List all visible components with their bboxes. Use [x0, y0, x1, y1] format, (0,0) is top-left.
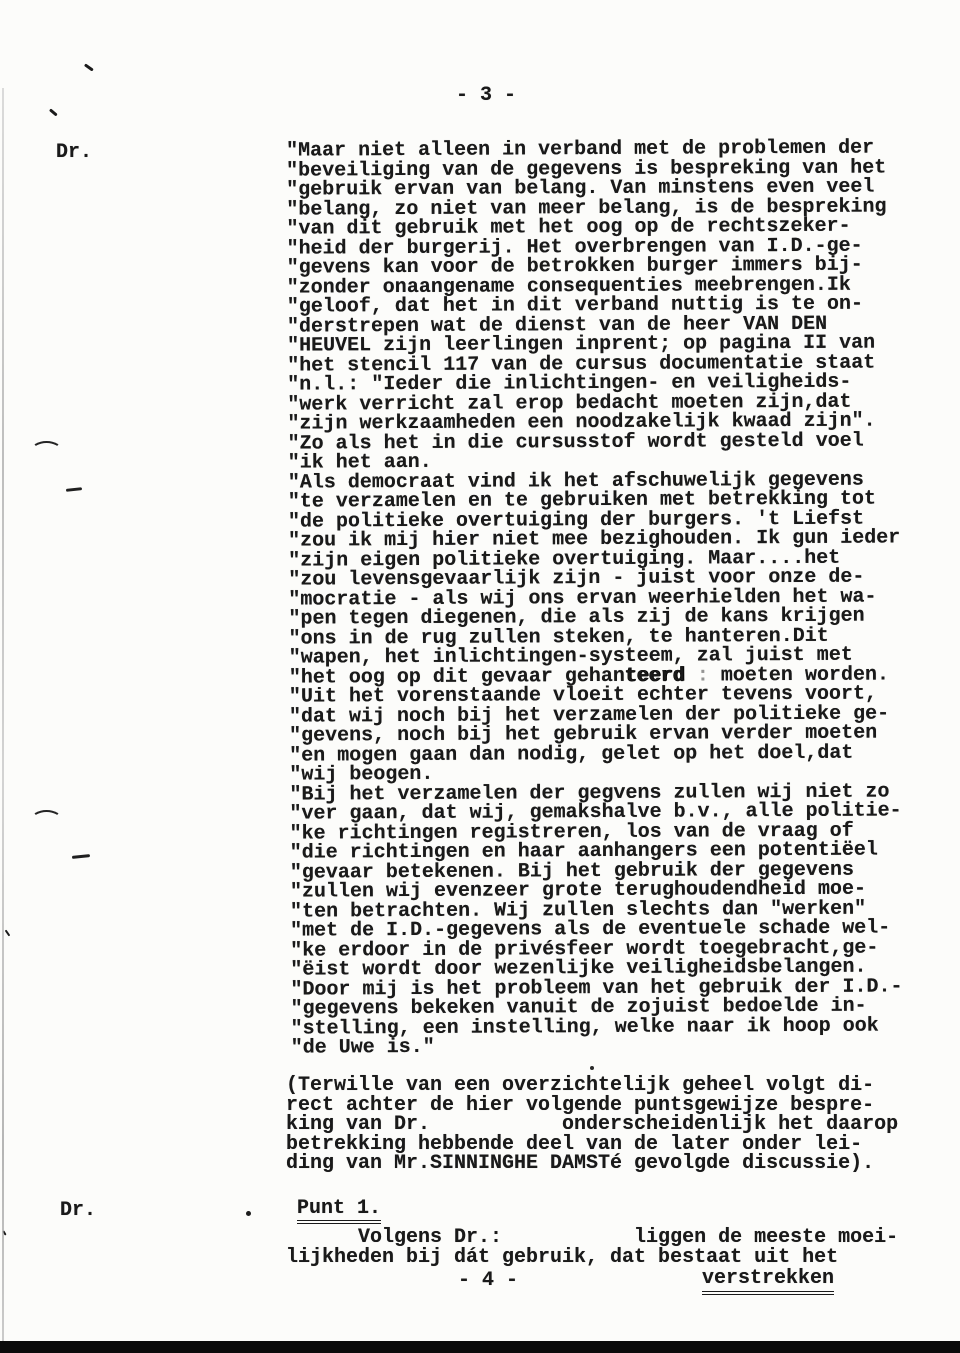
- scan-edge-line: [2, 88, 4, 1341]
- punt-1-heading: Punt 1.: [297, 1197, 381, 1224]
- handwritten-dash-mark: [66, 487, 82, 492]
- separator-dot: [246, 1211, 251, 1216]
- handwritten-tick-mark: [84, 63, 94, 71]
- main-quoted-statement: "Maar niet alleen in verband met de prob…: [286, 138, 903, 1058]
- handwritten-dash-mark: [72, 854, 90, 859]
- scanned-document-page: - 3 - Dr. "Maar niet alleen in verband m…: [0, 0, 960, 1353]
- punt-1-paragraph: Volgens Dr.: liggen de meeste moei- lijk…: [286, 1228, 898, 1267]
- scan-speck: [5, 930, 11, 937]
- handwritten-tick-mark: [49, 108, 58, 116]
- speaker-label-top: Dr.: [56, 141, 92, 164]
- parenthetical-editorial-note: (Terwille van een overzichtelijk geheel …: [286, 1076, 898, 1174]
- catchword-next-page: verstrekken: [702, 1267, 834, 1295]
- speaker-label-bottom: Dr.: [60, 1199, 96, 1222]
- page-number-bottom: - 4 -: [458, 1269, 518, 1292]
- scan-bottom-bar: [0, 1341, 960, 1353]
- handwritten-arc-mark: [31, 810, 62, 829]
- handwritten-arc-mark: [31, 441, 62, 460]
- page-number-top: - 3 -: [456, 84, 516, 107]
- scan-speck: [590, 1066, 594, 1070]
